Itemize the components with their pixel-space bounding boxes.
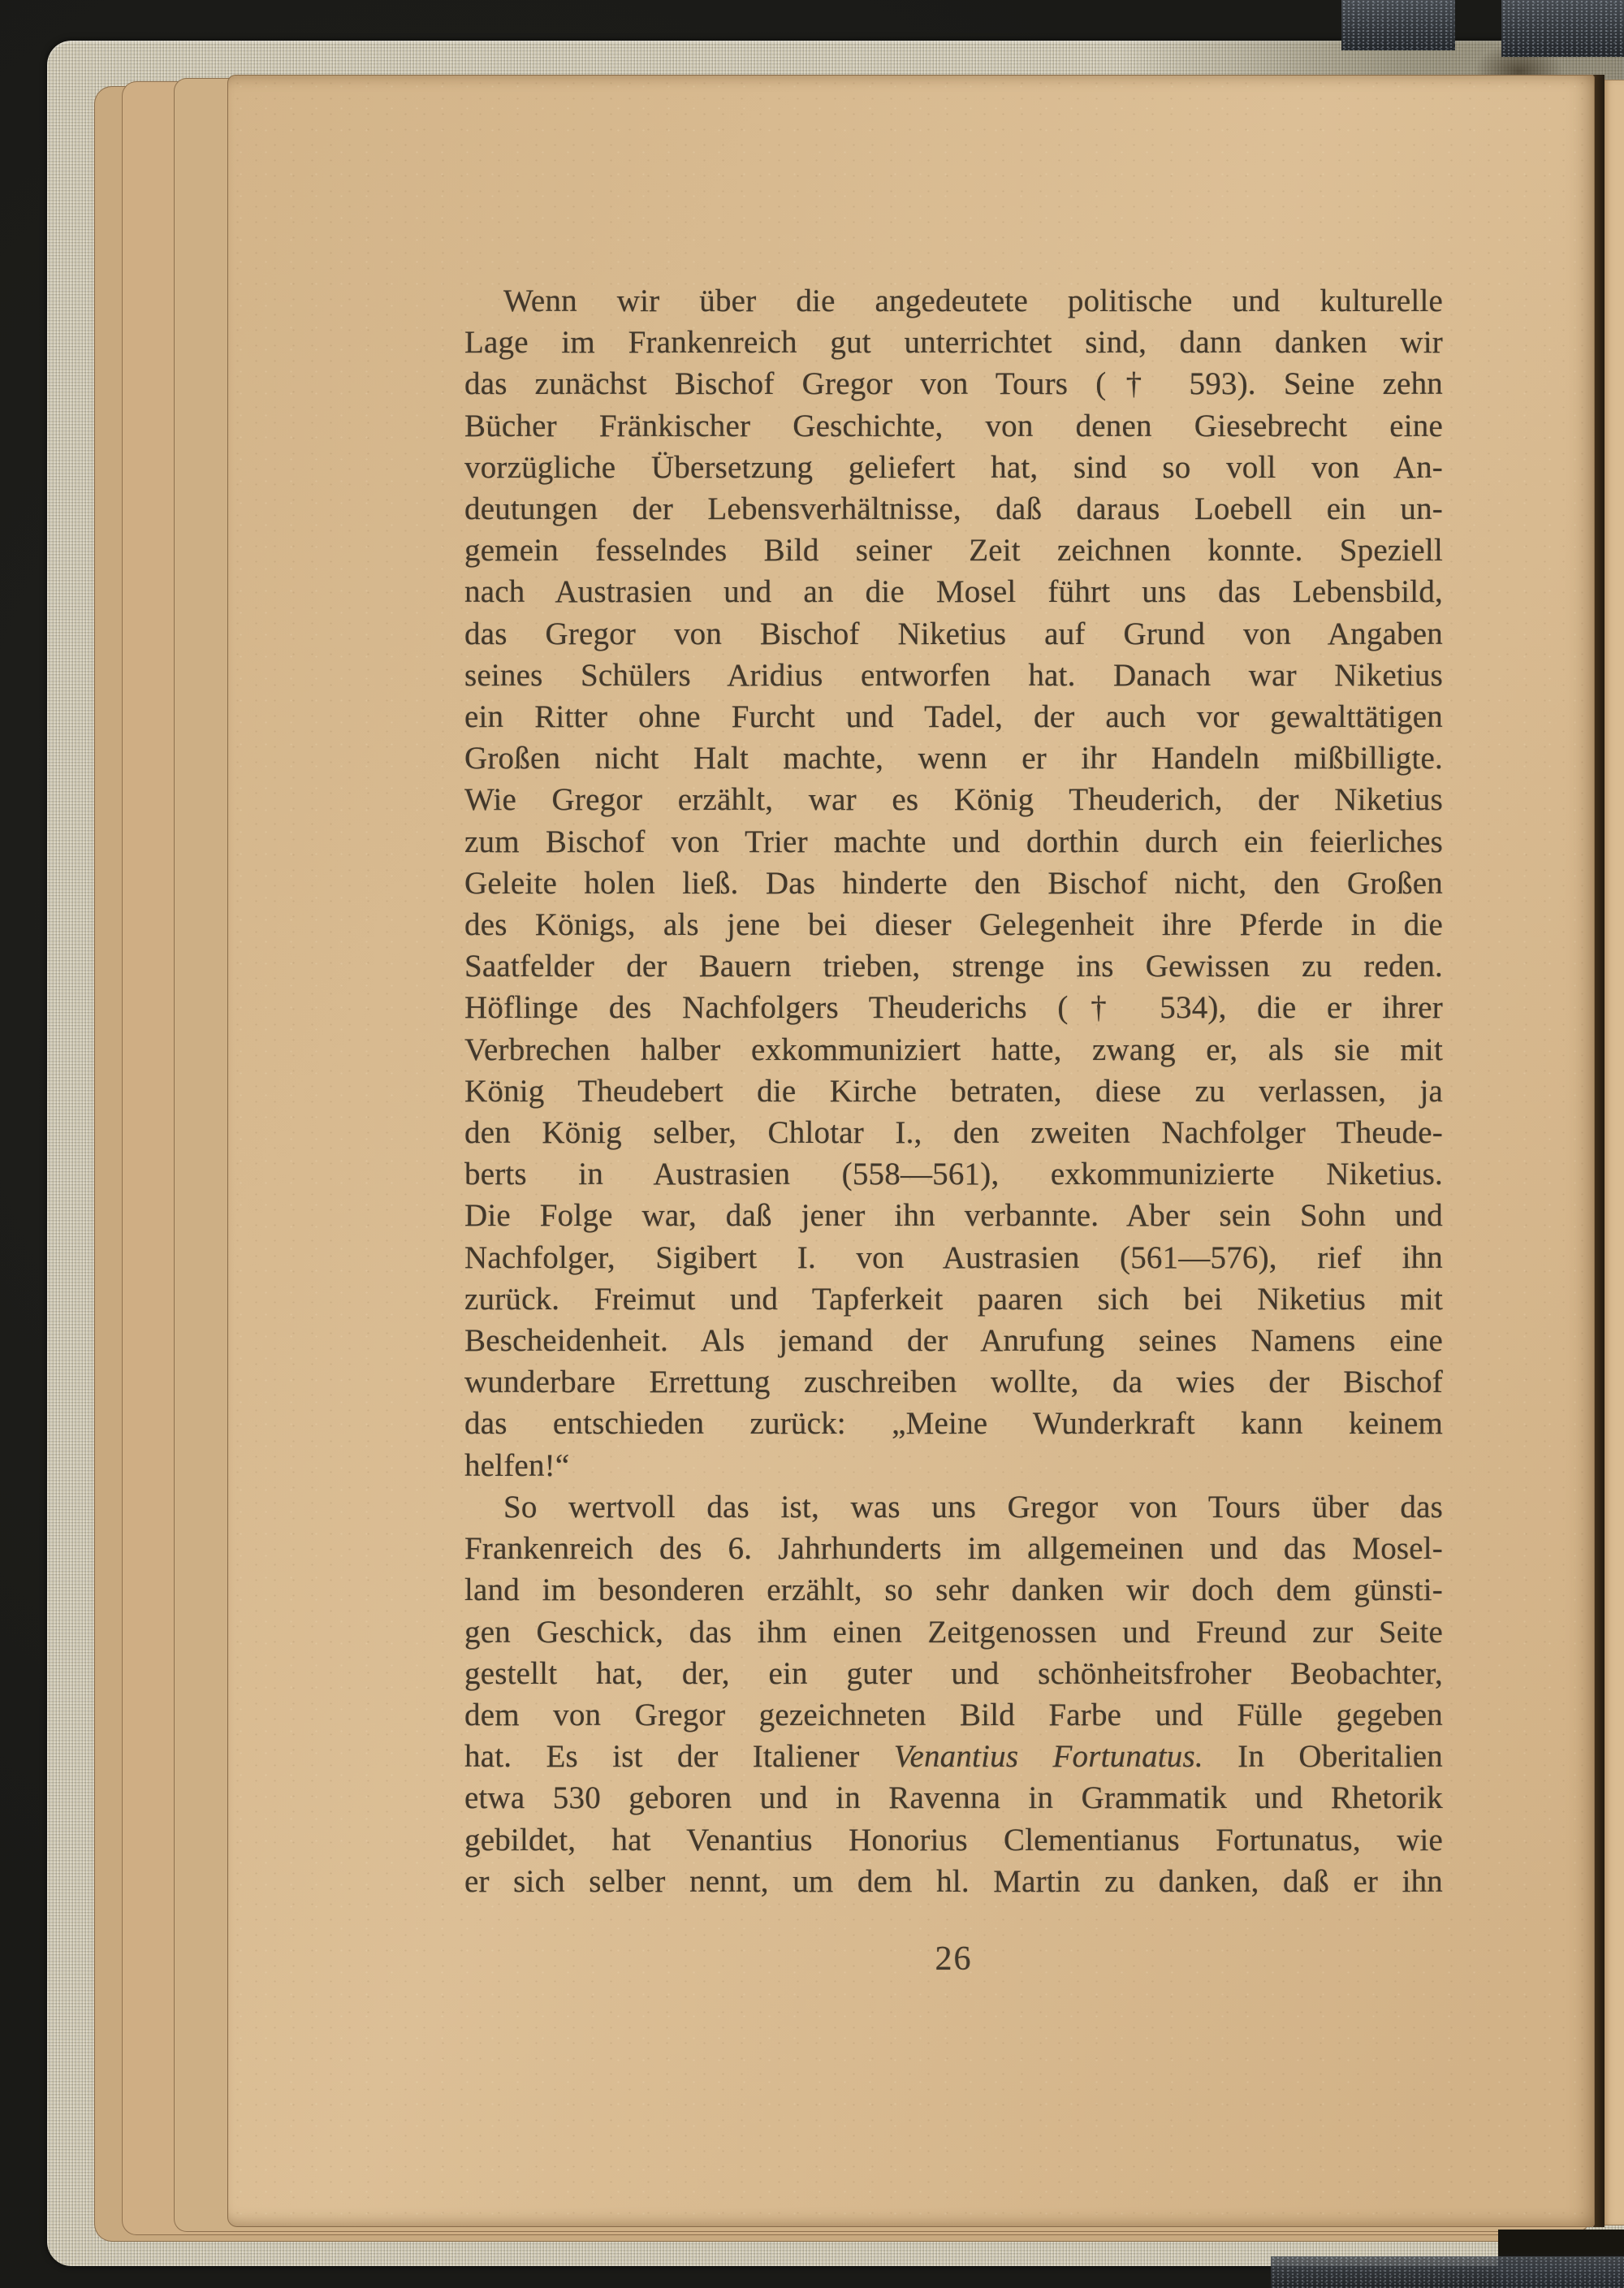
text-segment: Nachfolger, Sigibert I. von Austrasien (… bbox=[464, 1240, 1443, 1275]
text-line: das entschieden zurück: „Meine Wunderkra… bbox=[464, 1403, 1443, 1444]
paragraph: Wenn wir über die angedeutete politische… bbox=[464, 280, 1443, 1486]
text-segment: das zunächst Bischof Gregor von Tours (†… bbox=[464, 366, 1443, 401]
text-line: des Königs, als jene bei dieser Gelegenh… bbox=[464, 904, 1443, 945]
text-segment: dem von Gregor gezeichneten Bild Farbe u… bbox=[464, 1698, 1443, 1732]
scanned-book-photo: Wenn wir über die angedeutete politische… bbox=[0, 0, 1624, 2288]
text-line: vorzügliche Übersetzung geliefert hat, s… bbox=[464, 447, 1443, 488]
text-line: Wenn wir über die angedeutete politische… bbox=[464, 280, 1443, 322]
text-segment: wunderbare Errettung zuschreiben wollte,… bbox=[464, 1365, 1443, 1399]
text-line: nach Austrasien und an die Mosel führt u… bbox=[464, 571, 1443, 612]
text-line: zurück. Freimut und Tapferkeit paaren si… bbox=[464, 1278, 1443, 1320]
text-segment: ein Ritter ohne Furcht und Tadel, der au… bbox=[464, 699, 1443, 734]
text-segment: Frankenreich des 6. Jahrhunderts im allg… bbox=[464, 1531, 1443, 1566]
text-line: dem von Gregor gezeichneten Bild Farbe u… bbox=[464, 1694, 1443, 1736]
text-line: Wie Gregor erzählt, war es König Theuder… bbox=[464, 779, 1443, 820]
text-segment: das entschieden zurück: „Meine Wunderkra… bbox=[464, 1406, 1443, 1441]
text-segment: hat. Es ist der Italiener bbox=[464, 1739, 894, 1774]
text-segment: zurück. Freimut und Tapferkeit paaren si… bbox=[464, 1282, 1443, 1317]
text-segment: Die Folge war, daß jener ihn verbannte. … bbox=[464, 1198, 1443, 1233]
text-line: Frankenreich des 6. Jahrhunderts im allg… bbox=[464, 1528, 1443, 1569]
text-line: Großen nicht Halt machte, wenn er ihr Ha… bbox=[464, 737, 1443, 779]
text-line: Verbrechen halber exkommuniziert hatte, … bbox=[464, 1029, 1443, 1070]
leather-strap-icon bbox=[1341, 0, 1455, 50]
text-segment: Lage im Frankenreich gut unterrichtet si… bbox=[464, 325, 1443, 360]
text-line: den König selber, Chlotar I., den zweite… bbox=[464, 1112, 1443, 1153]
text-segment: gemein fesselndes Bild seiner Zeit zeich… bbox=[464, 533, 1443, 568]
text-segment: er sich selber nennt, um dem hl. Martin … bbox=[464, 1864, 1443, 1899]
text-line: etwa 530 geboren und in Ravenna in Gramm… bbox=[464, 1777, 1443, 1819]
text-line: Geleite holen ließ. Das hinderte den Bis… bbox=[464, 863, 1443, 904]
text-segment: gen Geschick, das ihm einen Zeitgenossen… bbox=[464, 1615, 1443, 1650]
text-line: gemein fesselndes Bild seiner Zeit zeich… bbox=[464, 530, 1443, 571]
text-line: Saatfelder der Bauern trieben, strenge i… bbox=[464, 945, 1443, 987]
text-line: das Gregor von Bischof Niketius auf Grun… bbox=[464, 613, 1443, 655]
paragraph: So wertvoll das ist, was uns Gregor von … bbox=[464, 1486, 1443, 1902]
text-segment: Wenn wir über die angedeutete politische… bbox=[503, 283, 1443, 318]
text-line: So wertvoll das ist, was uns Gregor von … bbox=[464, 1486, 1443, 1528]
text-segment: den König selber, Chlotar I., den zweite… bbox=[464, 1115, 1443, 1150]
text-segment: Verbrechen halber exkommuniziert hatte, … bbox=[464, 1032, 1443, 1067]
text-line: hat. Es ist der Italiener Venantius Fort… bbox=[464, 1736, 1443, 1777]
text-line: Höflinge des Nachfolgers Theuderichs († … bbox=[464, 987, 1443, 1028]
text-segment: In Oberitalien bbox=[1203, 1739, 1443, 1774]
text-line: König Theudebert die Kirche betraten, di… bbox=[464, 1070, 1443, 1112]
page-text-block: Wenn wir über die angedeutete politische… bbox=[464, 280, 1443, 1902]
text-line: deutungen der Lebensverhältnisse, daß da… bbox=[464, 488, 1443, 530]
text-segment: nach Austrasien und an die Mosel führt u… bbox=[464, 574, 1443, 609]
text-line: land im besonderen erzählt, so sehr dank… bbox=[464, 1569, 1443, 1611]
leather-edge bbox=[1271, 2256, 1624, 2288]
text-segment: Großen nicht Halt machte, wenn er ihr Ha… bbox=[464, 741, 1443, 776]
text-segment: Bücher Fränkischer Geschichte, von denen… bbox=[464, 409, 1443, 443]
text-segment: Wie Gregor erzählt, war es König Theuder… bbox=[464, 782, 1443, 817]
text-segment: des Königs, als jene bei dieser Gelegenh… bbox=[464, 907, 1443, 942]
italic-text: Venantius Fortunatus. bbox=[894, 1739, 1203, 1774]
text-segment: das Gregor von Bischof Niketius auf Grun… bbox=[464, 616, 1443, 651]
text-line: ein Ritter ohne Furcht und Tadel, der au… bbox=[464, 696, 1443, 737]
gutter-shadow bbox=[1593, 75, 1605, 2227]
text-segment: berts in Austrasien (558—561), exkommuni… bbox=[464, 1157, 1443, 1192]
text-line: gebildet, hat Venantius Honorius Clement… bbox=[464, 1819, 1443, 1861]
text-line: helfen!“ bbox=[464, 1445, 1443, 1486]
text-segment: Geleite holen ließ. Das hinderte den Bis… bbox=[464, 866, 1443, 901]
text-line: Lage im Frankenreich gut unterrichtet si… bbox=[464, 322, 1443, 363]
text-segment: gebildet, hat Venantius Honorius Clement… bbox=[464, 1823, 1443, 1858]
text-line: Bescheidenheit. Als jemand der Anrufung … bbox=[464, 1320, 1443, 1361]
text-segment: König Theudebert die Kirche betraten, di… bbox=[464, 1074, 1443, 1109]
text-segment: vorzügliche Übersetzung geliefert hat, s… bbox=[464, 450, 1443, 485]
page-number: 26 bbox=[464, 1940, 1443, 1979]
text-segment: Saatfelder der Bauern trieben, strenge i… bbox=[464, 949, 1443, 984]
text-segment: Bescheidenheit. Als jemand der Anrufung … bbox=[464, 1323, 1443, 1358]
text-line: Nachfolger, Sigibert I. von Austrasien (… bbox=[464, 1237, 1443, 1278]
text-segment: zum Bischof von Trier machte und dorthin… bbox=[464, 824, 1443, 859]
text-segment: Höflinge des Nachfolgers Theuderichs († … bbox=[464, 990, 1443, 1025]
text-segment: gestellt hat, der, ein guter und schönhe… bbox=[464, 1656, 1443, 1691]
text-segment: etwa 530 geboren und in Ravenna in Gramm… bbox=[464, 1780, 1443, 1815]
text-segment: helfen!“ bbox=[464, 1448, 569, 1483]
leather-strap-icon bbox=[1501, 0, 1624, 57]
text-line: er sich selber nennt, um dem hl. Martin … bbox=[464, 1861, 1443, 1902]
text-line: gestellt hat, der, ein guter und schönhe… bbox=[464, 1653, 1443, 1694]
adjacent-page-edge bbox=[1605, 80, 1624, 2225]
text-line: Die Folge war, daß jener ihn verbannte. … bbox=[464, 1195, 1443, 1236]
text-line: seines Schülers Aridius entworfen hat. D… bbox=[464, 655, 1443, 696]
text-segment: land im besonderen erzählt, so sehr dank… bbox=[464, 1572, 1443, 1607]
text-segment: So wertvoll das ist, was uns Gregor von … bbox=[503, 1490, 1443, 1525]
text-line: Bücher Fränkischer Geschichte, von denen… bbox=[464, 405, 1443, 447]
text-line: wunderbare Errettung zuschreiben wollte,… bbox=[464, 1361, 1443, 1403]
text-line: gen Geschick, das ihm einen Zeitgenossen… bbox=[464, 1611, 1443, 1653]
text-line: das zunächst Bischof Gregor von Tours (†… bbox=[464, 363, 1443, 404]
text-line: berts in Austrasien (558—561), exkommuni… bbox=[464, 1153, 1443, 1195]
text-segment: deutungen der Lebensverhältnisse, daß da… bbox=[464, 491, 1443, 526]
text-line: zum Bischof von Trier machte und dorthin… bbox=[464, 821, 1443, 863]
text-segment: seines Schülers Aridius entworfen hat. D… bbox=[464, 658, 1443, 693]
